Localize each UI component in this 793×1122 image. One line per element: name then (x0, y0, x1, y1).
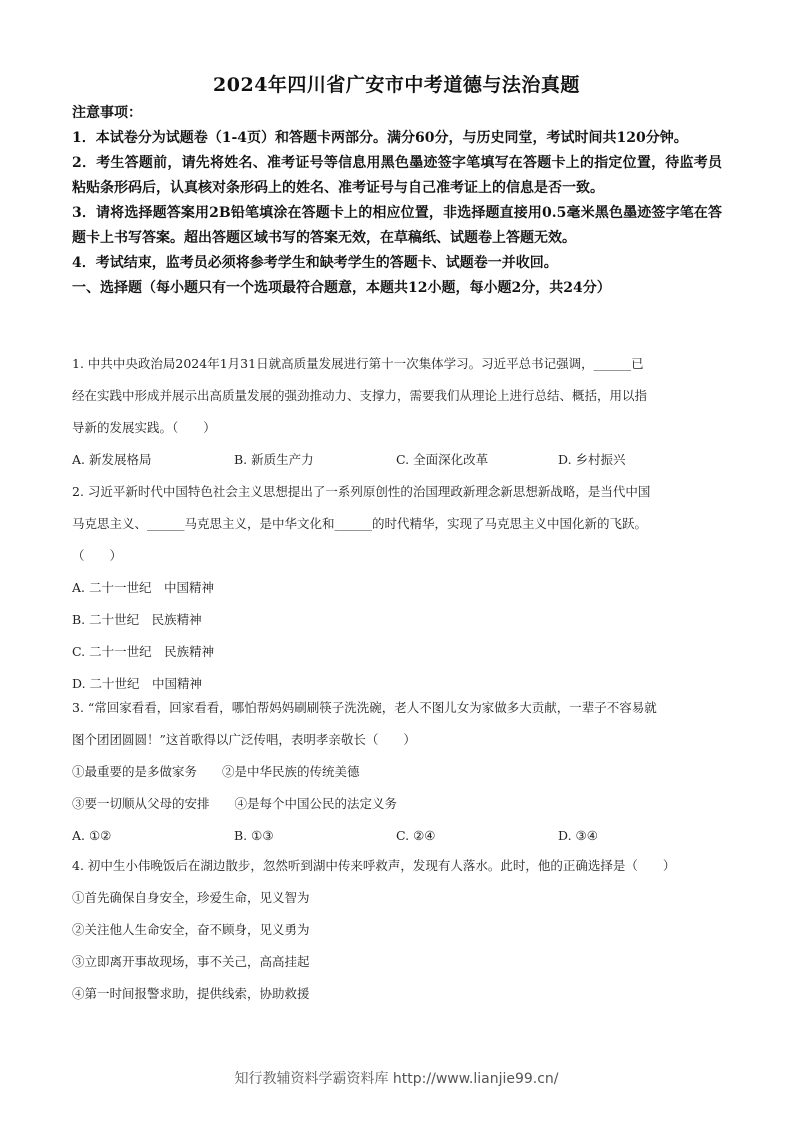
statement-line: ①最重要的是多做家务 ②是中华民族的传统美德 (72, 756, 722, 788)
notice-item-2: 2．考生答题前，请先将姓名、准考证号等信息用黑色墨迹签字笔填写在答题卡上的指定位… (72, 151, 722, 201)
question-line: 2. 习近平新时代中国特色社会主义思想提出了一系列原创性的治国理政新理念新思想新… (72, 476, 722, 508)
statement-line: ③要一切顺从父母的安排 ④是每个中国公民的法定义务 (72, 788, 722, 820)
notice-heading: 注意事项： (72, 101, 722, 126)
notice-item-1: 1．本试卷分为试题卷（1-4页）和答题卡两部分。满分60分，与历史同堂，考试时间… (72, 126, 722, 151)
option-b: B. ①③ (234, 820, 396, 852)
statement-line: ①首先确保自身安全，珍爱生命，见义智为 (72, 882, 722, 914)
question-3: 3. “常回家看看，回家看看，哪怕帮妈妈刷刷筷子洗洗碗，老人不图儿女为家做多大贡… (72, 692, 722, 852)
question-line: 4. 初中生小伟晚饭后在湖边散步，忽然听到湖中传来呼救声，发现有人落水。此时，他… (72, 850, 722, 882)
question-line: 经在实践中形成并展示出高质量发展的强劲推动力、支撑力，需要我们从理论上进行总结、… (72, 380, 722, 412)
notice-item-4: 4．考试结束，监考员必须将参考学生和缺考学生的答题卡、试题卷一并收回。 (72, 251, 722, 276)
option-c: C. ②④ (396, 820, 558, 852)
question-line: 图个团团圆圆！”这首歌得以广泛传唱，表明孝亲敬长（ ） (72, 724, 722, 756)
question-line: （ ） (72, 540, 722, 572)
option-a: A. 新发展格局 (72, 444, 234, 476)
question-1: 1. 中共中央政治局2024年1月31日就高质量发展进行第十一次集体学习。习近平… (72, 348, 722, 476)
question-line: 1. 中共中央政治局2024年1月31日就高质量发展进行第十一次集体学习。习近平… (72, 348, 722, 380)
options-row: A. ①② B. ①③ C. ②④ D. ③④ (72, 820, 722, 852)
notice-item-3: 3．请将选择题答案用2B铅笔填涂在答题卡上的相应位置，非选择题直接用0.5毫米黑… (72, 201, 722, 251)
section-heading: 一、选择题（每小题只有一个选项最符合题意，本题共12小题，每小题2分，共24分） (72, 276, 722, 301)
option-c: C. 全面深化改革 (396, 444, 558, 476)
statement-line: ③立即离开事故现场，事不关己，高高挂起 (72, 946, 722, 978)
option-d: D. ③④ (558, 820, 720, 852)
page-title: 2024年四川省广安市中考道德与法治真题 (0, 70, 793, 97)
option-a: A. 二十一世纪 中国精神 (72, 572, 722, 604)
option-a: A. ①② (72, 820, 234, 852)
option-c: C. 二十一世纪 民族精神 (72, 636, 722, 668)
statement-line: ④第一时间报警求助，提供线索，协助救援 (72, 978, 722, 1010)
question-line: 马克思主义、______马克思主义，是中华文化和______的时代精华，实现了马… (72, 508, 722, 540)
footer-watermark: 知行教辅资料学霸资料库 http://www.lianjie99.cn/ (0, 1068, 793, 1088)
option-b: B. 二十世纪 民族精神 (72, 604, 722, 636)
exam-page: 2024年四川省广安市中考道德与法治真题 注意事项： 1．本试卷分为试题卷（1-… (0, 0, 793, 1122)
question-line: 3. “常回家看看，回家看看，哪怕帮妈妈刷刷筷子洗洗碗，老人不图儿女为家做多大贡… (72, 692, 722, 724)
options-row: A. 新发展格局 B. 新质生产力 C. 全面深化改革 D. 乡村振兴 (72, 444, 722, 476)
question-4: 4. 初中生小伟晚饭后在湖边散步，忽然听到湖中传来呼救声，发现有人落水。此时，他… (72, 850, 722, 1010)
notice-section: 注意事项： 1．本试卷分为试题卷（1-4页）和答题卡两部分。满分60分，与历史同… (72, 101, 722, 301)
question-line: 导新的发展实践。（ ） (72, 412, 722, 444)
option-d: D. 乡村振兴 (558, 444, 720, 476)
question-2: 2. 习近平新时代中国特色社会主义思想提出了一系列原创性的治国理政新理念新思想新… (72, 476, 722, 700)
option-b: B. 新质生产力 (234, 444, 396, 476)
statement-line: ②关注他人生命安全，奋不顾身，见义勇为 (72, 914, 722, 946)
